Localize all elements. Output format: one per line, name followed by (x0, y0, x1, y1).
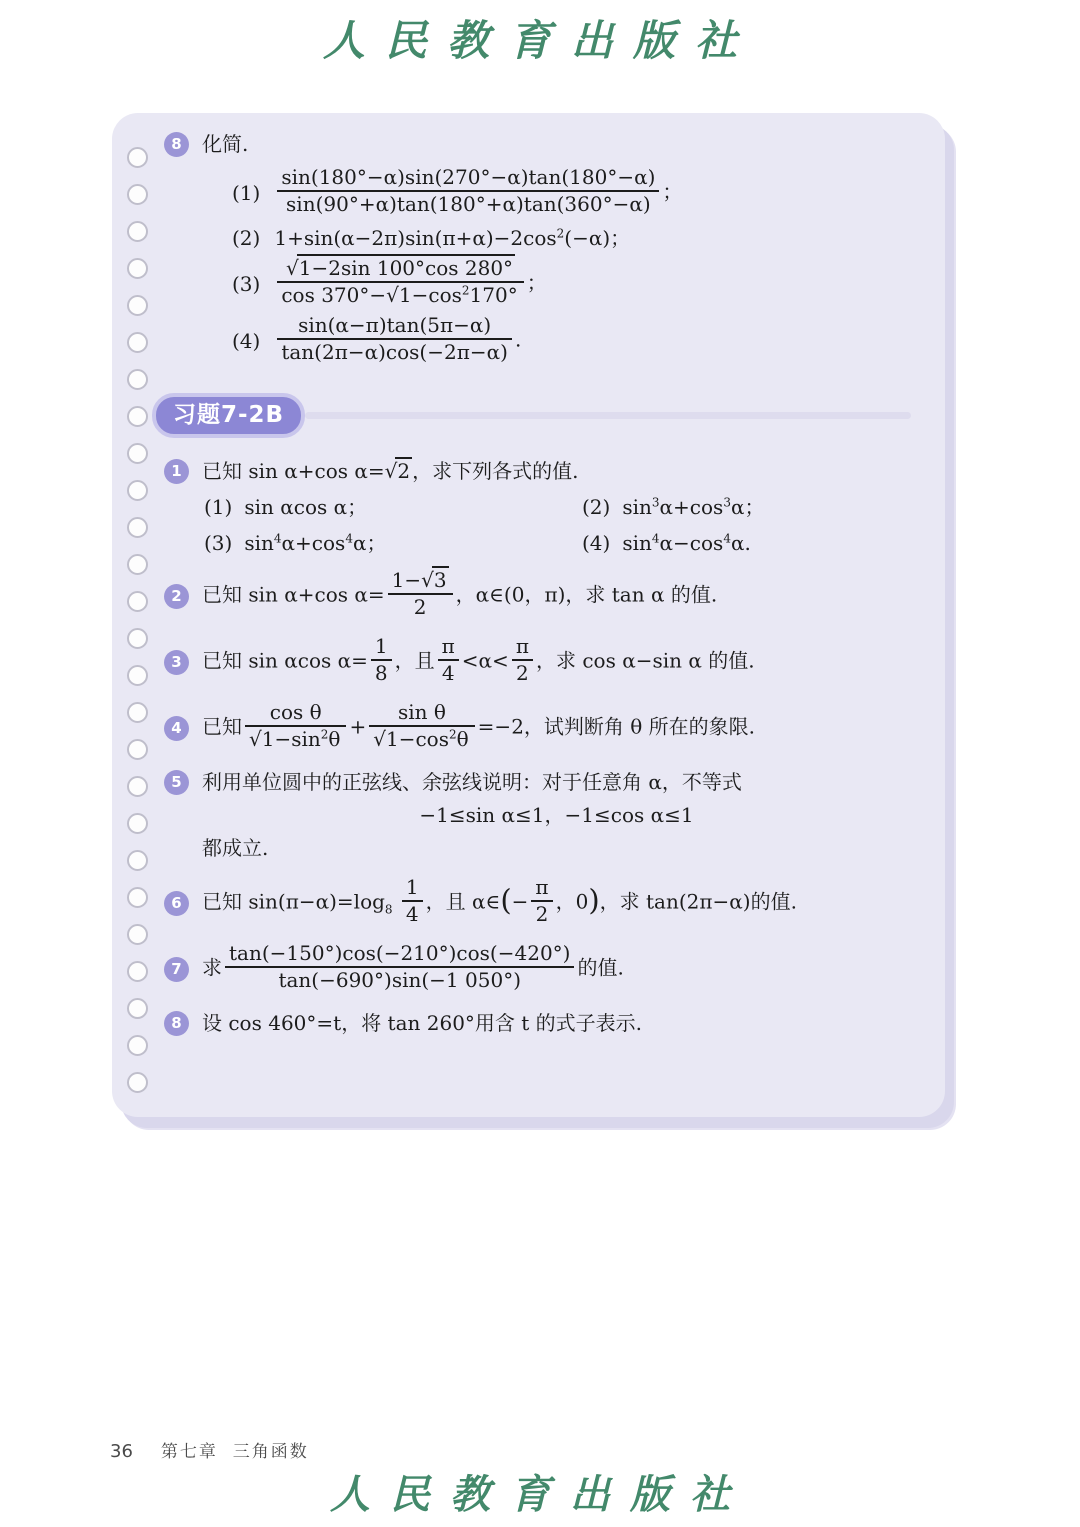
problem-row: 4已知cos θ√1−sin2θ+sin θ√1−cos2θ=−2，试判断角 θ… (164, 701, 911, 755)
problem-number-badge: 4 (164, 716, 189, 741)
binder-hole (127, 443, 148, 464)
chapter-number: 第七章 (161, 1442, 218, 1462)
item-formula: 1+sin(α−2π)sin(π+α)−2cos2(−α)； (274, 225, 630, 252)
problem-list: 1已知 sin α+cos α=√2，求下列各式的值.(1)sin αcos α… (164, 456, 911, 1039)
problem-text: 设 cos 460°=t，将 tan 260°用含 t 的式子表示. (202, 1010, 911, 1037)
binder-hole (127, 406, 148, 427)
problem-row: 5利用单位圆中的正弦线、余弦线说明：对于任意角 α，不等式−1≤sin α≤1，… (164, 767, 911, 864)
binder-hole (127, 221, 148, 242)
problem-body: 求tan(−150°)cos(−210°)cos(−420°)tan(−690°… (202, 942, 911, 996)
top-problem-item: (2)1+sin(α−2π)sin(π+α)−2cos2(−α)； (232, 225, 911, 252)
binder-hole (127, 258, 148, 279)
problem-number-badge: 8 (164, 1011, 189, 1036)
binder-hole (127, 184, 148, 205)
binder-hole (127, 998, 148, 1019)
problem-body: 已知 sin αcos α=18，且π4<α<π2，求 cos α−sin α … (202, 635, 911, 689)
publisher-logo-top: 人民教育出版社 (0, 8, 1080, 68)
problem-body: 利用单位圆中的正弦线、余弦线说明：对于任意角 α，不等式−1≤sin α≤1，−… (202, 767, 911, 864)
item-label: (1) (232, 180, 260, 207)
problem-row: 1已知 sin α+cos α=√2，求下列各式的值.(1)sin αcos α… (164, 456, 911, 557)
problem-text: 已知cos θ√1−sin2θ+sin θ√1−cos2θ=−2，试判断角 θ … (202, 703, 911, 753)
subitem-formula: sin4α+cos4α； (244, 530, 386, 557)
top-problem-item: (4)sin(α−π)tan(5π−α)tan(2π−α)cos(−2π−α). (232, 316, 911, 366)
page-footer: 36 第七章 三角函数 (110, 1437, 309, 1462)
binder-hole (127, 628, 148, 649)
binder-hole (127, 295, 148, 316)
exercise-panel: 8 化简. (1)sin(180°−α)sin(270°−α)tan(180°−… (112, 113, 945, 1117)
subitem-label: (3) (204, 530, 232, 557)
binder-hole (127, 369, 148, 390)
subitem-formula: sin3α+cos3α； (622, 494, 764, 521)
binder-hole (127, 554, 148, 575)
problem-body: 已知 sin α+cos α=√2，求下列各式的值.(1)sin αcos α；… (202, 456, 911, 557)
binder-hole (127, 480, 148, 501)
item-label: (4) (232, 328, 260, 355)
item-formula: √1−2sin 100°cos 280°cos 370°−√1−cos2170°… (274, 259, 546, 309)
binder-hole (127, 702, 148, 723)
problem-text: 求tan(−150°)cos(−210°)cos(−420°)tan(−690°… (202, 944, 911, 994)
binder-hole (127, 1035, 148, 1056)
problem-row: 3已知 sin αcos α=18，且π4<α<π2，求 cos α−sin α… (164, 635, 911, 689)
problem-number-badge: 3 (164, 650, 189, 675)
section-header: 习题7-2B (152, 393, 911, 438)
subitem-formula: sin4α−cos4α. (622, 530, 750, 557)
subitem: (3)sin4α+cos4α； (204, 530, 582, 557)
problem-number-badge: 8 (164, 132, 189, 157)
problem-number-badge: 2 (164, 584, 189, 609)
problem-row: 8设 cos 460°=t，将 tan 260°用含 t 的式子表示. (164, 1008, 911, 1039)
problem-row: 7求tan(−150°)cos(−210°)cos(−420°)tan(−690… (164, 942, 911, 996)
top-problem-body: 化简. (1)sin(180°−α)sin(270°−α)tan(180°−α)… (202, 129, 911, 373)
problem-row: 2已知 sin α+cos α=1−√32，α∈(0，π)，求 tan α 的值… (164, 569, 911, 623)
page-number: 36 (110, 1441, 133, 1462)
binder-hole (127, 887, 148, 908)
binder-hole (127, 591, 148, 612)
problem-text: 已知 sin(π−α)=log8 14，且 α∈(−π2，0)，求 tan(2π… (202, 878, 911, 928)
binder-hole (127, 517, 148, 538)
top-problem-item: (1)sin(180°−α)sin(270°−α)tan(180°−α)sin(… (232, 168, 911, 218)
subitem: (4)sin4α−cos4α. (582, 530, 911, 557)
top-problem-row: 8 化简. (1)sin(180°−α)sin(270°−α)tan(180°−… (164, 129, 911, 373)
publisher-logo-bottom: 人民教育出版社 (0, 1463, 1080, 1520)
binder-holes (127, 147, 148, 1093)
item-label: (3) (232, 271, 260, 298)
binder-hole (127, 813, 148, 834)
problem-number-badge: 7 (164, 957, 189, 982)
problem-body: 已知 sin(π−α)=log8 14，且 α∈(−π2，0)，求 tan(2π… (202, 876, 911, 930)
subitem: (1)sin αcos α； (204, 494, 582, 521)
problem-text: 利用单位圆中的正弦线、余弦线说明：对于任意角 α，不等式 (202, 769, 911, 796)
subitem-label: (1) (204, 494, 232, 521)
top-problem-item: (3)√1−2sin 100°cos 280°cos 370°−√1−cos21… (232, 259, 911, 309)
chapter-label: 第七章 三角函数 (161, 1437, 309, 1462)
problem-tail-text: 都成立. (202, 835, 911, 862)
item-formula: sin(180°−α)sin(270°−α)tan(180°−α)sin(90°… (274, 168, 682, 218)
section-badge: 习题7-2B (152, 393, 305, 438)
binder-hole (127, 1072, 148, 1093)
binder-hole (127, 665, 148, 686)
problem-text: 已知 sin α+cos α=1−√32，α∈(0，π)，求 tan α 的值. (202, 571, 911, 621)
problem-subitems: (1)sin αcos α；(2)sin3α+cos3α；(3)sin4α+co… (204, 494, 911, 557)
binder-hole (127, 850, 148, 871)
binder-hole (127, 147, 148, 168)
subitem: (2)sin3α+cos3α； (582, 494, 911, 521)
problem-centered-formula: −1≤sin α≤1，−1≤cos α≤1 (202, 802, 911, 829)
subitem-label: (2) (582, 494, 610, 521)
binder-hole (127, 776, 148, 797)
item-formula: sin(α−π)tan(5π−α)tan(2π−α)cos(−2π−α). (274, 316, 521, 366)
problem-body: 已知cos θ√1−sin2θ+sin θ√1−cos2θ=−2，试判断角 θ … (202, 701, 911, 755)
problem-number-badge: 1 (164, 459, 189, 484)
panel-content: 8 化简. (1)sin(180°−α)sin(270°−α)tan(180°−… (164, 129, 911, 1051)
subitem-label: (4) (582, 530, 610, 557)
binder-hole (127, 961, 148, 982)
subitem-formula: sin αcos α； (244, 494, 367, 521)
chapter-title: 三角函数 (233, 1442, 309, 1462)
item-label: (2) (232, 225, 260, 252)
binder-hole (127, 739, 148, 760)
problem-row: 6已知 sin(π−α)=log8 14，且 α∈(−π2，0)，求 tan(2… (164, 876, 911, 930)
problem-number-badge: 5 (164, 770, 189, 795)
binder-hole (127, 332, 148, 353)
binder-hole (127, 924, 148, 945)
problem-body: 已知 sin α+cos α=1−√32，α∈(0，π)，求 tan α 的值. (202, 569, 911, 623)
problem-text: 已知 sin αcos α=18，且π4<α<π2，求 cos α−sin α … (202, 637, 911, 687)
problem-body: 设 cos 460°=t，将 tan 260°用含 t 的式子表示. (202, 1008, 911, 1039)
problem-number-badge: 6 (164, 891, 189, 916)
section-rule-line (305, 412, 911, 419)
top-problem-text: 化简. (202, 131, 911, 158)
top-problem-items: (1)sin(180°−α)sin(270°−α)tan(180°−α)sin(… (232, 168, 911, 366)
problem-text: 已知 sin α+cos α=√2，求下列各式的值. (202, 458, 911, 485)
